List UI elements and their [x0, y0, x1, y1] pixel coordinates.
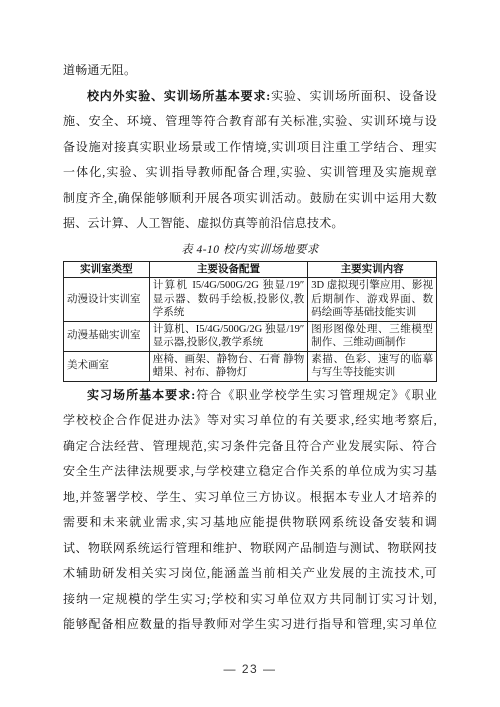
text-line: 地,并签署学校、学生、实习单位三方协议。根据本专业人才培养的	[63, 485, 437, 511]
paragraph-continuation: 道畅通无阻。	[63, 58, 437, 84]
document-page: 道畅通无阻。 校内外实验、实训场所基本要求:实验、实训场所面积、设备设 施、安全…	[0, 0, 500, 707]
bold-heading-run: 校内外实验、实训场所基本要求:	[87, 89, 271, 103]
text-run: 施、安全、环境、管理等符合教育部有关标准,实验、实训环境与设	[63, 114, 437, 128]
text-line: 试、物联网系统运行管理和维护、物联网产品制造与测试、物联网技	[63, 536, 437, 562]
table-cell-room-type: 美术画室	[64, 351, 150, 381]
table-cell-training-content: 3D 虚拟现引擎应用、影视后期制作、游戏界面、数码绘画等基础技能实训	[308, 278, 437, 322]
text-line: 制度齐全,确保能够顺利开展各项实训活动。鼓励在实训中运用大数	[63, 186, 437, 212]
page-content: 道畅通无阻。 校内外实验、实训场所基本要求:实验、实训场所面积、设备设 施、安全…	[63, 58, 437, 638]
table-header-row: 实训室类型 主要设备配置 主要实训内容	[64, 261, 437, 278]
table-cell-equipment: 计算机 I5/4G/500G/2G 独显/19″显示器、数码手绘板,投影仪,教学…	[149, 278, 308, 322]
text-run: 术辅助研发相关实习岗位,能涵盖当前相关产业发展的主流技术,可	[63, 566, 437, 580]
table-row: 动漫设计实训室 计算机 I5/4G/500G/2G 独显/19″显示器、数码手绘…	[64, 278, 437, 322]
table-row: 美术画室 座椅、画架、静物台、石膏 静物蜡果、衬布、静物灯 素描、色彩、速写的临…	[64, 351, 437, 381]
text-run: 试、物联网系统运行管理和维护、物联网产品制造与测试、物联网技	[63, 541, 437, 555]
text-line: 校内外实验、实训场所基本要求:实验、实训场所面积、设备设	[63, 84, 437, 110]
text-run: 一体化,实验、实训指导教师配备合理,实验、实训管理及实施规章	[63, 165, 437, 179]
text-line: 道畅通无阻。	[63, 58, 437, 84]
text-line: 施、安全、环境、管理等符合教育部有关标准,实验、实训环境与设	[63, 109, 437, 135]
text-line: 能够配备相应数量的指导教师对学生实习进行指导和管理,实习单位	[63, 612, 437, 638]
training-rooms-table: 实训室类型 主要设备配置 主要实训内容 动漫设计实训室 计算机 I5/4G/50…	[63, 261, 437, 382]
text-line: 实习场所基本要求:符合《职业学校学生实习管理规定》《职业	[63, 383, 437, 409]
table-header-cell-room-type: 实训室类型	[64, 261, 150, 278]
table-cell-room-type: 动漫设计实训室	[64, 278, 150, 322]
text-line: 备设施对接真实职业场景或工作情境,实训项目注重工学结合、理实	[63, 135, 437, 161]
text-run: 能够配备相应数量的指导教师对学生实习进行指导和管理,实习单位	[63, 617, 437, 631]
paragraph-campus-training-requirements: 校内外实验、实训场所基本要求:实验、实训场所面积、设备设 施、安全、环境、管理等…	[63, 84, 437, 237]
page-number: — 23 —	[0, 662, 500, 676]
table-header-cell-equipment: 主要设备配置	[149, 261, 308, 278]
text-line: 学校校企合作促进办法》等对实习单位的有关要求,经实地考察后,	[63, 408, 437, 434]
table-header-cell-training-content: 主要实训内容	[308, 261, 437, 278]
table-cell-equipment: 计算机、I5/4G/500G/2G 独显/19″显示器,投影仪,教学系统	[149, 321, 308, 351]
table-row: 动漫基础实训室 计算机、I5/4G/500G/2G 独显/19″显示器,投影仪,…	[64, 321, 437, 351]
text-run: 备设施对接真实职业场景或工作情境,实训项目注重工学结合、理实	[63, 140, 437, 154]
text-run: 需要和未来就业需求,实习基地应能提供物联网系统设备安装和调	[63, 515, 437, 529]
paragraph-internship-site-requirements: 实习场所基本要求:符合《职业学校学生实习管理规定》《职业 学校校企合作促进办法》…	[63, 383, 437, 638]
text-line: 确定合法经营、管理规范,实习条件完备且符合产业发展实际、符合	[63, 434, 437, 460]
text-run: 制度齐全,确保能够顺利开展各项实训活动。鼓励在实训中运用大数	[63, 191, 437, 205]
text-run: 符合《职业学校学生实习管理规定》《职业	[195, 388, 437, 402]
text-run: 安全生产法律法规要求,与学校建立稳定合作关系的单位成为实习基	[63, 464, 437, 478]
text-run: 接纳一定规模的学生实习;学校和实习单位双方共同制订实习计划,	[63, 592, 437, 606]
text-line: 据、云计算、人工智能、虚拟仿真等前沿信息技术。	[63, 211, 437, 237]
table-cell-training-content: 图形图像处理、三维模型制作、三维动画制作	[308, 321, 437, 351]
table-caption: 表 4-10 校内实训场地要求	[63, 242, 437, 258]
text-run: 道畅通无阻。	[63, 63, 136, 77]
table-cell-training-content: 素描、色彩、速写的临摹与写生等技能实训	[308, 351, 437, 381]
text-line: 安全生产法律法规要求,与学校建立稳定合作关系的单位成为实习基	[63, 459, 437, 485]
text-line: 接纳一定规模的学生实习;学校和实习单位双方共同制订实习计划,	[63, 587, 437, 613]
text-run: 学校校企合作促进办法》等对实习单位的有关要求,经实地考察后,	[63, 413, 437, 427]
text-run: 地,并签署学校、学生、实习单位三方协议。根据本专业人才培养的	[63, 490, 437, 504]
table-cell-room-type: 动漫基础实训室	[64, 321, 150, 351]
text-line: 术辅助研发相关实习岗位,能涵盖当前相关产业发展的主流技术,可	[63, 561, 437, 587]
bold-heading-run: 实习场所基本要求:	[87, 388, 195, 402]
text-line: 需要和未来就业需求,实习基地应能提供物联网系统设备安装和调	[63, 510, 437, 536]
text-run: 据、云计算、人工智能、虚拟仿真等前沿信息技术。	[63, 216, 344, 230]
text-line: 一体化,实验、实训指导教师配备合理,实验、实训管理及实施规章	[63, 160, 437, 186]
text-run: 确定合法经营、管理规范,实习条件完备且符合产业发展实际、符合	[63, 439, 437, 453]
text-run: 实验、实训场所面积、设备设	[271, 89, 438, 103]
table-cell-equipment: 座椅、画架、静物台、石膏 静物蜡果、衬布、静物灯	[149, 351, 308, 381]
